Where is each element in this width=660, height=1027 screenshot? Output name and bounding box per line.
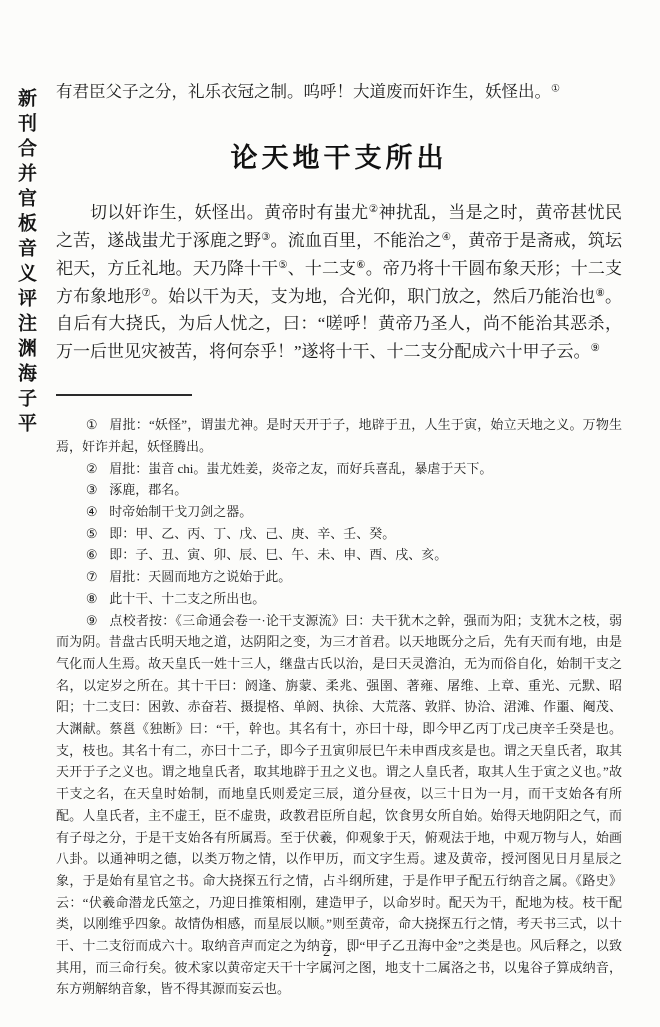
- footnotes: ①眉批：“妖怪”，谓蚩尤神。是时天开于子，地辟于丑，人生于寅，始立天地之义。万物…: [56, 414, 622, 1000]
- footnote-item: ④时帝始制干戈刀剑之器。: [56, 501, 622, 523]
- footnote-number: ④: [86, 504, 98, 519]
- footnote-number: ②: [86, 461, 98, 476]
- chapter-body: 切以奸诈生，妖怪出。黄帝时有蚩尤②神扰乱，当是之时，黄帝甚忧民之苦，遂战蚩尤于涿…: [56, 199, 622, 366]
- footnote-item: ②眉批：蚩音 chi。蚩尤姓姜，炎帝之友，而好兵喜乱，暴虐于天下。: [56, 458, 622, 480]
- chapter-title: 论天地干支所出: [56, 136, 622, 175]
- footnote-text: 眉批：蚩音 chi。蚩尤姓姜，炎帝之友，而好兵喜乱，暴虐于天下。: [109, 461, 492, 476]
- footnote-text: 眉批：天圆而地方之说始于此。: [109, 569, 291, 584]
- footnote-number: ⑦: [86, 569, 98, 584]
- footnote-text: 点校者按：《三命通会卷一·论干支源流》曰：夫干犹木之幹，强而为阳；支犹木之枝，弱…: [56, 613, 622, 997]
- page-number: · 2 ·: [0, 945, 660, 961]
- footnote-number: ①: [86, 417, 98, 432]
- footnote-number: ⑧: [86, 591, 98, 606]
- footnote-text: 眉批：“妖怪”，谓蚩尤神。是时天开于子，地辟于丑，人生于寅，始立天地之义。万物生…: [56, 417, 622, 454]
- footnote-text: 即：甲、乙、丙、丁、戊、己、庚、辛、壬、癸。: [109, 526, 395, 541]
- footnote-text: 即：子、丑、寅、卯、辰、巳、午、未、申、酉、戌、亥。: [109, 547, 447, 562]
- footnote-number: ③: [86, 482, 98, 497]
- carryover-text: 有君臣父子之分，礼乐衣冠之制。呜呼！大道废而奸诈生，妖怪出。①: [56, 80, 622, 104]
- footnote-item: ⑧此十干、十二支之所出也。: [56, 588, 622, 610]
- footnote-item: ①眉批：“妖怪”，谓蚩尤神。是时天开于子，地辟于丑，人生于寅，始立天地之义。万物…: [56, 414, 622, 457]
- footnote-item: ③涿鹿，郡名。: [56, 479, 622, 501]
- footnote-text: 时帝始制干戈刀剑之器。: [109, 504, 252, 519]
- footnote-divider: [56, 394, 192, 396]
- book-page: 新刊合并官板音义评注渊海子平 有君臣父子之分，礼乐衣冠之制。呜呼！大道废而奸诈生…: [0, 0, 660, 1027]
- footnote-text: 此十干、十二支之所出也。: [109, 591, 265, 606]
- page-content: 有君臣父子之分，礼乐衣冠之制。呜呼！大道废而奸诈生，妖怪出。① 论天地干支所出 …: [56, 80, 622, 1000]
- footnote-item: ⑤即：甲、乙、丙、丁、戊、己、庚、辛、壬、癸。: [56, 523, 622, 545]
- footnote-item: ⑨点校者按：《三命通会卷一·论干支源流》曰：夫干犹木之幹，强而为阳；支犹木之枝，…: [56, 610, 622, 1001]
- footnote-number: ⑥: [86, 547, 98, 562]
- footnote-item: ⑦眉批：天圆而地方之说始于此。: [56, 566, 622, 588]
- footnote-number: ⑨: [86, 613, 98, 628]
- footnote-item: ⑥即：子、丑、寅、卯、辰、巳、午、未、申、酉、戌、亥。: [56, 544, 622, 566]
- footnote-number: ⑤: [86, 526, 98, 541]
- spine-title: 新刊合并官板音义评注渊海子平: [12, 88, 39, 438]
- footnote-text: 涿鹿，郡名。: [109, 482, 187, 497]
